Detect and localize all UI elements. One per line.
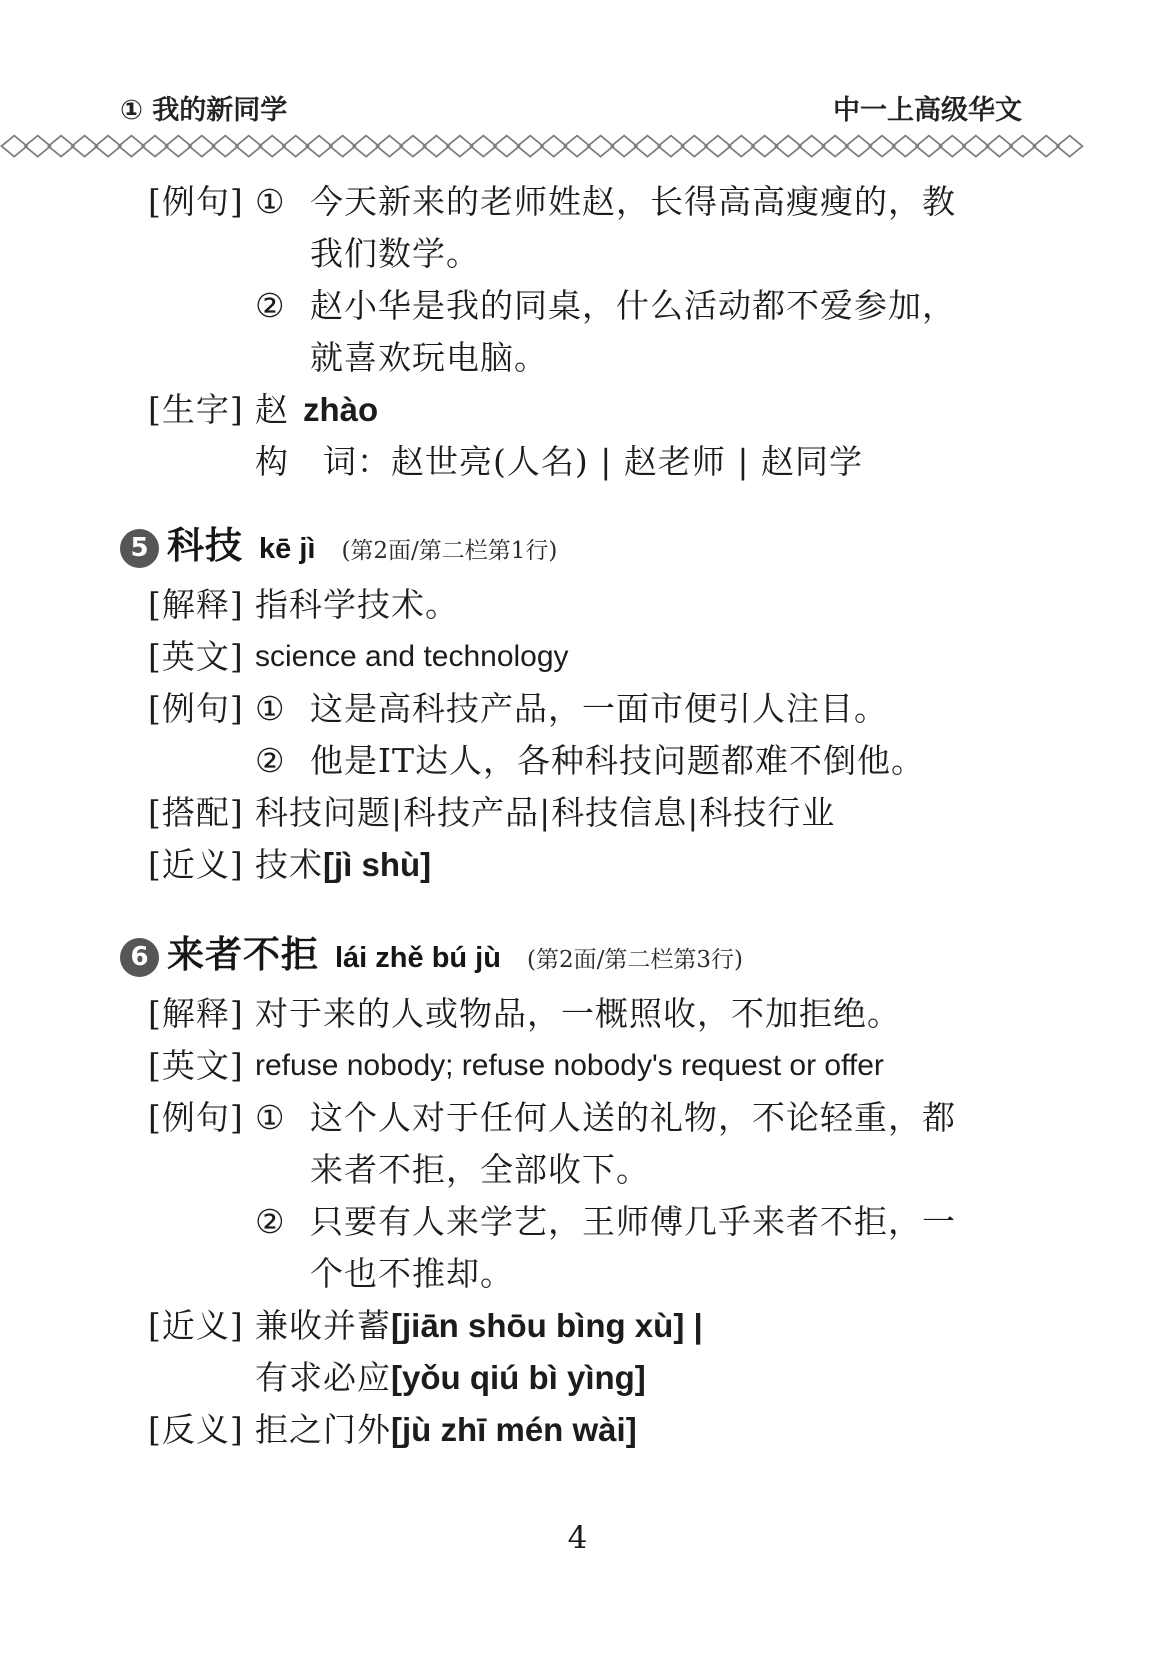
example-2-marker: ②: [255, 280, 310, 384]
definition-text: 对于来的人或物品，一概照收，不加拒绝。: [255, 988, 901, 1040]
example-item-2: ② 他是IT达人，各种科技问题都难不倒他。: [255, 735, 925, 787]
example-2-line-2: 就喜欢玩电脑。: [310, 332, 956, 384]
synonym-item-2: 有求必应[yǒu qiú bì yìng]: [255, 1352, 703, 1404]
example-1-text: 这是高科技产品，一面市便引人注目。: [310, 683, 888, 735]
new-word-pinyin: zhào: [303, 384, 378, 436]
example-1-line-1: 今天新来的老师姓赵，长得高高瘦瘦的，教: [310, 176, 956, 228]
example-group: ① 这是高科技产品，一面市便引人注目。 ② 他是IT达人，各种科技问题都难不倒他…: [255, 683, 925, 787]
collocation-label: [搭配]: [148, 787, 255, 839]
compound-words-spacer: [148, 436, 255, 488]
example-group: ① 今天新来的老师姓赵，长得高高瘦瘦的，教 我们数学。 ② 赵小华是我的同桌，什…: [255, 176, 956, 384]
entry-5-body: [解释] 指科学技术。 [英文] science and technology …: [120, 579, 1100, 891]
definition-row: [解释] 指科学技术。: [148, 579, 1100, 631]
compound-words-list: 赵世亮(人名) | 赵老师 | 赵同学: [391, 436, 863, 488]
antonym-row: [反义] 拒之门外 [jù zhī mén wài]: [148, 1404, 1100, 1456]
example-2-lines: 赵小华是我的同桌，什么活动都不爱参加， 就喜欢玩电脑。: [310, 280, 956, 384]
definition-text: 指科学技术。: [255, 579, 459, 631]
example-label: [例句]: [148, 176, 255, 384]
new-word-row: [生字] 赵 zhào: [148, 384, 1100, 436]
entry-5-header: 5 科技 kē jì (第2面/第二栏第1行): [120, 522, 1100, 575]
example-label: [例句]: [148, 1092, 255, 1300]
example-1-line-1: 这个人对于任何人送的礼物，不论轻重，都: [310, 1092, 956, 1144]
entry-6: 6 来者不拒 lái zhě bú jù (第2面/第二栏第3行) [解释] 对…: [120, 931, 1100, 1456]
definition-label: [解释]: [148, 988, 255, 1040]
example-1-marker: ①: [255, 176, 310, 280]
synonym-pinyin: [jì shù]: [323, 839, 431, 891]
book-title: 中一上高级华文: [833, 88, 1022, 127]
page-number: 4: [0, 1520, 1155, 1556]
example-1-line-2: 我们数学。: [310, 228, 956, 280]
textbook-page: ① 我的新同学 中一上高级华文 ◇◇◇◇◇◇◇◇◇◇◇◇◇◇◇◇◇◇◇◇◇◇◇◇…: [0, 0, 1155, 1655]
page-content: [例句] ① 今天新来的老师姓赵，长得高高瘦瘦的，教 我们数学。 ② 赵小华是我…: [120, 174, 1100, 1456]
definition-label: [解释]: [148, 579, 255, 631]
english-text: science and technology: [255, 631, 569, 683]
example-2-marker: ②: [255, 1196, 310, 1300]
english-label: [英文]: [148, 1040, 255, 1092]
entry-5-source-location: (第2面/第二栏第1行): [341, 527, 557, 575]
entry-6-header: 6 来者不拒 lái zhě bú jù (第2面/第二栏第3行): [120, 931, 1100, 984]
example-2-marker: ②: [255, 735, 310, 787]
example-item-2: ② 只要有人来学艺，王师傅几乎来者不拒，一 个也不推却。: [255, 1196, 956, 1300]
entry-5-headword: 科技: [167, 522, 243, 570]
synonym-2-pinyin: [yǒu qiú bì yìng]: [391, 1359, 646, 1396]
diamond-border-decoration: ◇◇◇◇◇◇◇◇◇◇◇◇◇◇◇◇◇◇◇◇◇◇◇◇◇◇◇◇◇◇◇◇◇◇◇◇◇◇◇◇…: [0, 132, 1155, 158]
synonym-label: [近义]: [148, 839, 255, 891]
example-2-line-2: 个也不推却。: [310, 1248, 956, 1300]
synonym-1-pinyin: [jiān shōu bìng xù] |: [391, 1307, 703, 1344]
english-row: [英文] science and technology: [148, 631, 1100, 683]
example-item-1: ① 这是高科技产品，一面市便引人注目。: [255, 683, 925, 735]
example-1-line-2: 来者不拒，全部收下。: [310, 1144, 956, 1196]
example-item-2: ② 赵小华是我的同桌，什么活动都不爱参加， 就喜欢玩电脑。: [255, 280, 956, 384]
synonym-hanzi: 技术: [255, 839, 323, 891]
synonym-2-hanzi: 有求必应: [255, 1358, 391, 1397]
new-word-label: [生字]: [148, 384, 255, 436]
entry-6-number-badge: 6: [120, 938, 159, 977]
entry-5-pinyin: kē jì: [259, 525, 315, 573]
synonym-row: [近义] 兼收并蓄[jiān shōu bìng xù] | 有求必应[yǒu …: [148, 1300, 1100, 1404]
page-header: ① 我的新同学 中一上高级华文: [120, 88, 1022, 127]
synonym-group: 兼收并蓄[jiān shōu bìng xù] | 有求必应[yǒu qiú b…: [255, 1300, 703, 1404]
lesson-title: ① 我的新同学: [120, 88, 287, 127]
example-row: [例句] ① 这是高科技产品，一面市便引人注目。 ② 他是IT达人，各种科技问题…: [148, 683, 1100, 787]
english-text: refuse nobody; refuse nobody's request o…: [255, 1040, 884, 1092]
new-word-hanzi: 赵: [255, 384, 289, 436]
compound-words-label: 构 词：: [255, 436, 391, 488]
example-group: ① 这个人对于任何人送的礼物，不论轻重，都 来者不拒，全部收下。 ② 只要有人来…: [255, 1092, 956, 1300]
example-item-1: ① 今天新来的老师姓赵，长得高高瘦瘦的，教 我们数学。: [255, 176, 956, 280]
example-label: [例句]: [148, 683, 255, 787]
example-row: [例句] ① 这个人对于任何人送的礼物，不论轻重，都 来者不拒，全部收下。 ②: [148, 1092, 1100, 1300]
compound-words-row: 构 词： 赵世亮(人名) | 赵老师 | 赵同学: [148, 436, 1100, 488]
english-label: [英文]: [148, 631, 255, 683]
example-2-line-1: 只要有人来学艺，王师傅几乎来者不拒，一: [310, 1196, 956, 1248]
example-1-marker: ①: [255, 683, 310, 735]
antonym-pinyin: [jù zhī mén wài]: [391, 1404, 637, 1456]
synonym-row: [近义] 技术 [jì shù]: [148, 839, 1100, 891]
example-item-1: ① 这个人对于任何人送的礼物，不论轻重，都 来者不拒，全部收下。: [255, 1092, 956, 1196]
entry-continuation-block: [例句] ① 今天新来的老师姓赵，长得高高瘦瘦的，教 我们数学。 ② 赵小华是我…: [120, 176, 1100, 488]
entry-5-number-badge: 5: [120, 529, 159, 568]
collocation-list: 科技问题|科技产品|科技信息|科技行业: [255, 787, 835, 839]
synonym-1-hanzi: 兼收并蓄: [255, 1306, 391, 1345]
example-1-marker: ①: [255, 1092, 310, 1196]
definition-row: [解释] 对于来的人或物品，一概照收，不加拒绝。: [148, 988, 1100, 1040]
entry-6-source-location: (第2面/第二栏第3行): [527, 936, 743, 984]
antonym-hanzi: 拒之门外: [255, 1404, 391, 1456]
entry-6-pinyin: lái zhě bú jù: [335, 934, 501, 982]
example-2-lines: 只要有人来学艺，王师傅几乎来者不拒，一 个也不推却。: [310, 1196, 956, 1300]
entry-5: 5 科技 kē jì (第2面/第二栏第1行) [解释] 指科学技术。 [英文]…: [120, 522, 1100, 891]
synonym-item-1: 兼收并蓄[jiān shōu bìng xù] |: [255, 1300, 703, 1352]
example-2-line-1: 赵小华是我的同桌，什么活动都不爱参加，: [310, 280, 956, 332]
example-1-lines: 今天新来的老师姓赵，长得高高瘦瘦的，教 我们数学。: [310, 176, 956, 280]
synonym-label: [近义]: [148, 1300, 255, 1404]
antonym-label: [反义]: [148, 1404, 255, 1456]
example-2-text: 他是IT达人，各种科技问题都难不倒他。: [310, 735, 925, 787]
collocation-row: [搭配] 科技问题|科技产品|科技信息|科技行业: [148, 787, 1100, 839]
entry-6-body: [解释] 对于来的人或物品，一概照收，不加拒绝。 [英文] refuse nob…: [120, 988, 1100, 1456]
entry-6-headword: 来者不拒: [167, 931, 319, 979]
english-row: [英文] refuse nobody; refuse nobody's requ…: [148, 1040, 1100, 1092]
example-row: [例句] ① 今天新来的老师姓赵，长得高高瘦瘦的，教 我们数学。 ② 赵小华是我…: [148, 176, 1100, 384]
example-1-lines: 这个人对于任何人送的礼物，不论轻重，都 来者不拒，全部收下。: [310, 1092, 956, 1196]
